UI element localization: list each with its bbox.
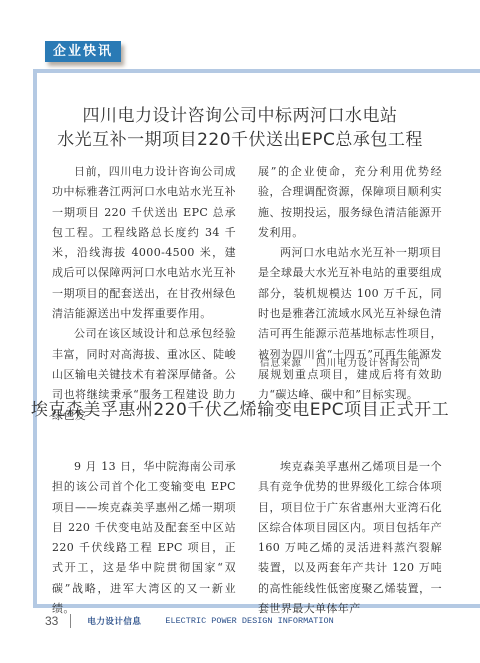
article2-left-column: 9 月 13 日，华中院海南公司承担的该公司首个化工变输变电 EPC 项目——埃… [52, 457, 236, 619]
article2-right-column: 埃克森美孚惠州乙烯项目是一个具有竞争优势的世界级化工综合体项目，项目位于广东省惠… [258, 457, 442, 619]
article1-right-column: 展”的企业使命，充分利用优势经验，合理调配资源，保障项目顺利实施、按期投运，服务… [258, 162, 442, 406]
article1-title-line2: 水光互补一期项目220千伏送出EPC总承包工程 [0, 128, 480, 152]
article1-title-line1: 四川电力设计咨询公司中标两河口水电站 [0, 104, 480, 128]
journal-name-en: ELECTRIC POWER DESIGN INFORMATION [165, 616, 333, 626]
article1-source: 信息来源四川电力设计咨询公司 [260, 355, 435, 369]
article1-paragraph: 日前，四川电力设计咨询公司成功中标雅砻江两河口水电站水光互补一期项目 220 千… [52, 162, 236, 324]
article2-paragraph: 埃克森美孚惠州乙烯项目是一个具有竞争优势的世界级化工综合体项目，项目位于广东省惠… [258, 457, 442, 619]
article1-paragraph: 展”的企业使命，充分利用优势经验，合理调配资源，保障项目顺利实施、按期投运，服务… [258, 162, 442, 243]
footer-divider [70, 614, 71, 628]
article2-paragraph: 9 月 13 日，华中院海南公司承担的该公司首个化工变输变电 EPC 项目——埃… [52, 457, 236, 619]
article2-title: 埃克森美孚惠州220千伏乙烯输变电EPC项目正式开工 [0, 398, 480, 422]
page-number: 33 [45, 614, 58, 628]
article1-paragraph: 两河口水电站水光互补一期项目是全球最大水光互补电站的重要组成部分，装机规模达 1… [258, 243, 442, 405]
section-tag: 企业快讯 [45, 41, 121, 62]
source-value: 四川电力设计咨询公司 [316, 358, 421, 369]
article1-left-column: 日前，四川电力设计咨询公司成功中标雅砻江两河口水电站水光互补一期项目 220 千… [52, 162, 236, 426]
source-label: 信息来源 [260, 358, 302, 369]
journal-name-cn: 电力设计信息 [87, 615, 141, 627]
page-footer: 33 电力设计信息 ELECTRIC POWER DESIGN INFORMAT… [45, 614, 334, 628]
